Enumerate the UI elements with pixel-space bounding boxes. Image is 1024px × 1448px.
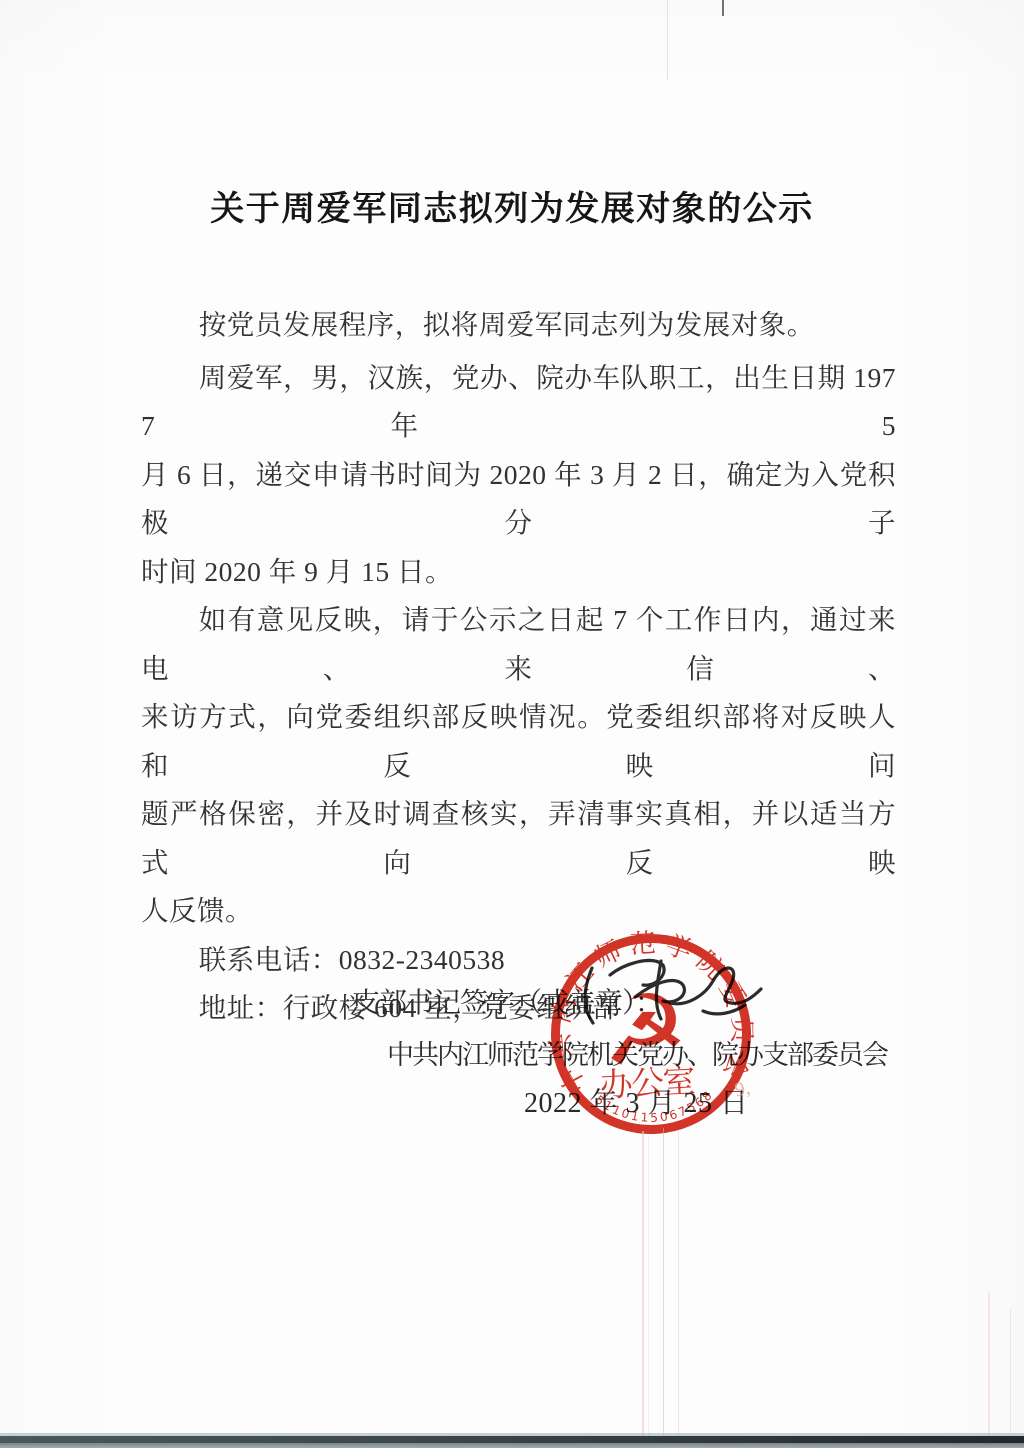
body-line: 按党员发展程序，拟将周爱军同志列为发展对象。: [141, 301, 896, 350]
body-line: 时间 2020 年 9 月 15 日。: [141, 548, 896, 597]
body-line: 人反馈。: [141, 887, 896, 936]
scan-artifact-streak: [1010, 1308, 1011, 1448]
scan-edge-highlight: [0, 1433, 1024, 1436]
scan-artifact-top-faint: [667, 0, 668, 80]
scan-artifact-streak: [678, 1131, 679, 1440]
scan-edge-shadow: [0, 1436, 1024, 1443]
handwritten-signature: [575, 945, 775, 1035]
body-line: 周爱军，男，汉族，党办、院办车队职工，出生日期 1977 年 5: [141, 354, 896, 451]
body-line: 来访方式，向党委组织部反映情况。党委组织部将对反映人和反映问: [141, 693, 896, 790]
scan-edge-blur: [0, 1443, 1024, 1448]
scan-artifact-streak: [663, 1128, 664, 1440]
seal-office-text: 办公室: [599, 1061, 697, 1105]
body-line: 月 6 日，递交申请书时间为 2020 年 3 月 2 日，确定为入党积极分子: [141, 451, 896, 548]
scan-artifact-streak: [988, 1292, 990, 1448]
scan-artifact-top-line: [722, 0, 724, 16]
scan-artifact-streak: [648, 1136, 649, 1440]
scan-artifact-streak: [642, 1131, 644, 1440]
body-text: 按党员发展程序，拟将周爱军同志列为发展对象。 周爱军，男，汉族，党办、院办车队职…: [141, 301, 896, 1033]
contact-phone-line: 联系电话：0832-2340538: [141, 936, 896, 985]
page-title: 关于周爱军同志拟列为发展对象的公示: [0, 181, 1024, 230]
body-line: 题严格保密，并及时调查核实，弄清事实真相，并以适当方式向反映: [141, 790, 896, 887]
body-line: 如有意见反映，请于公示之日起 7 个工作日内，通过来电、来信、: [141, 596, 896, 693]
scanned-notice-page: 关于周爱军同志拟列为发展对象的公示 按党员发展程序，拟将周爱军同志列为发展对象。…: [0, 0, 1024, 1448]
